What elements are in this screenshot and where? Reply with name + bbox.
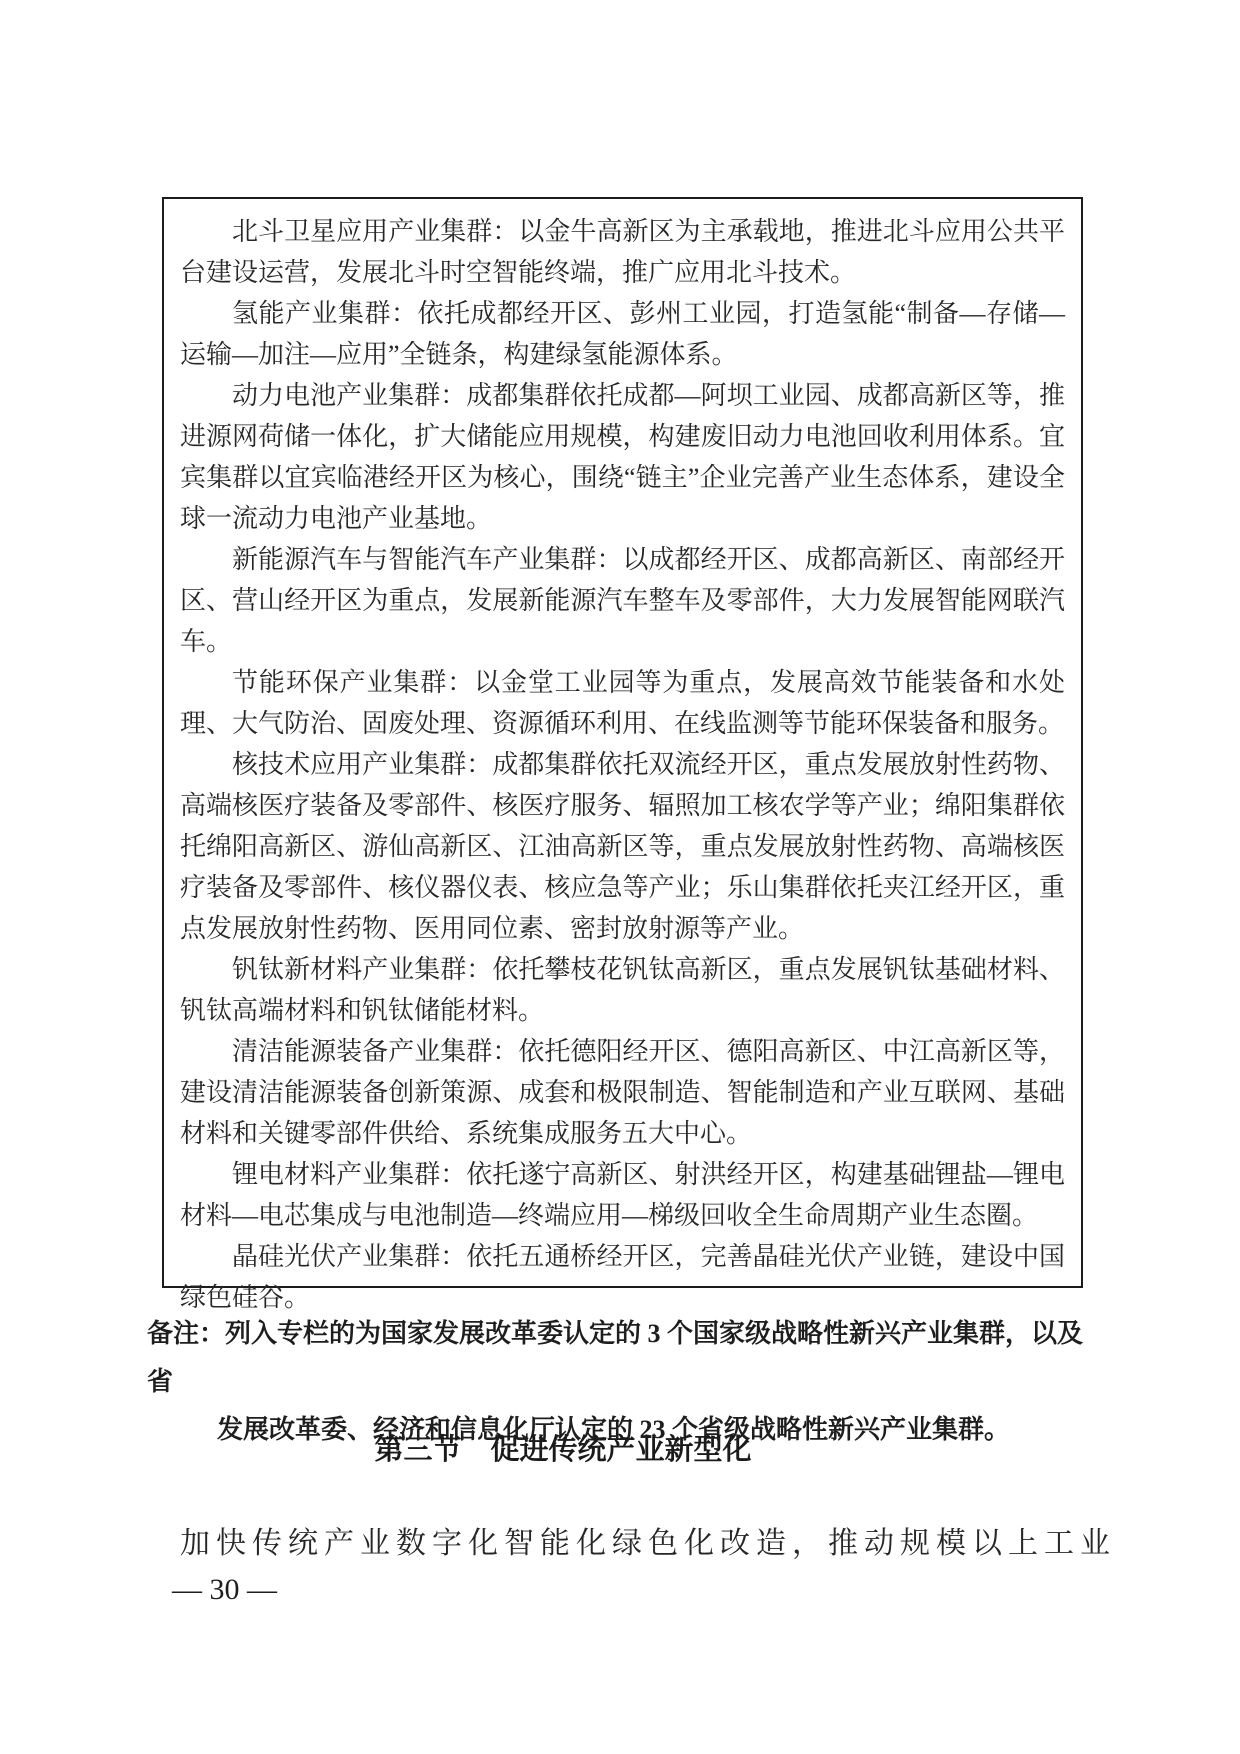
cluster-paragraph: 北斗卫星应用产业集群：以金牛高新区为主承载地，推进北斗应用公共平台建设运营，发展… — [180, 211, 1065, 293]
cluster-paragraph: 核技术应用产业集群：成都集群依托双流经开区，重点发展放射性药物、高端核医疗装备及… — [180, 744, 1065, 949]
document-page: 北斗卫星应用产业集群：以金牛高新区为主承载地，推进北斗应用公共平台建设运营，发展… — [0, 0, 1240, 1754]
section-heading: 第三节 促进传统产业新型化 — [148, 1428, 978, 1472]
cluster-paragraph: 钒钛新材料产业集群：依托攀枝花钒钛高新区，重点发展钒钛基础材料、钒钛高端材料和钒… — [180, 949, 1065, 1031]
cluster-paragraph: 锂电材料产业集群：依托遂宁高新区、射洪经开区，构建基础锂盐—锂电材料—电芯集成与… — [180, 1154, 1065, 1236]
cluster-paragraph: 新能源汽车与智能汽车产业集群：以成都经开区、成都高新区、南部经开区、营山经开区为… — [180, 539, 1065, 662]
footnote-text: 列入专栏的为国家发展改革委认定的 3 个国家级战略性新兴产业集群，以及省 — [147, 1319, 1083, 1396]
body-paragraph: 加快传统产业数字化智能化绿色化改造，推动规模以上工业 — [180, 1522, 1116, 1566]
industry-cluster-box: 北斗卫星应用产业集群：以金牛高新区为主承载地，推进北斗应用公共平台建设运营，发展… — [162, 197, 1083, 1288]
footnote-line: 备注：列入专栏的为国家发展改革委认定的 3 个国家级战略性新兴产业集群，以及省 — [147, 1310, 1097, 1406]
cluster-paragraph: 清洁能源装备产业集群：依托德阳经开区、德阳高新区、中江高新区等，建设清洁能源装备… — [180, 1031, 1065, 1154]
cluster-paragraph: 晶硅光伏产业集群：依托五通桥经开区，完善晶硅光伏产业链，建设中国绿色硅谷。 — [180, 1236, 1065, 1318]
cluster-paragraph: 氢能产业集群：依托成都经开区、彭州工业园，打造氢能“制备—存储—运输—加注—应用… — [180, 293, 1065, 375]
cluster-paragraph: 动力电池产业集群：成都集群依托成都—阿坝工业园、成都高新区等，推进源网荷储一体化… — [180, 375, 1065, 539]
cluster-paragraph: 节能环保产业集群：以金堂工业园等为重点，发展高效节能装备和水处理、大气防治、固废… — [180, 662, 1065, 744]
page-number: — 30 — — [172, 1572, 277, 1608]
footnote-label: 备注： — [147, 1319, 225, 1348]
